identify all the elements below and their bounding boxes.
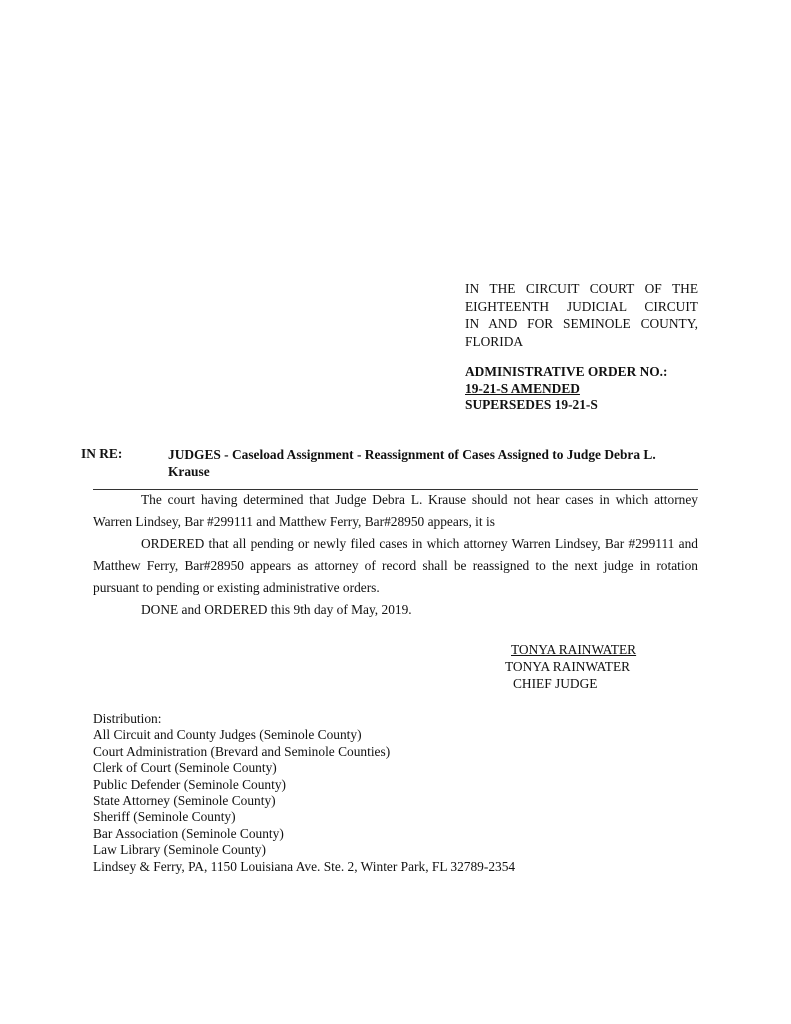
distribution-item: Court Administration (Brevard and Semino… — [93, 744, 515, 760]
body-paragraph: ORDERED that all pending or newly filed … — [93, 533, 698, 599]
caption-line: IN AND FOR SEMINOLE COUNTY, — [465, 315, 698, 333]
distribution-item: Sheriff (Seminole County) — [93, 809, 515, 825]
signature-block: TONYA RAINWATER TONYA RAINWATER CHIEF JU… — [505, 641, 636, 692]
order-label: ADMINISTRATIVE ORDER NO.: — [465, 364, 705, 381]
printed-name: TONYA RAINWATER — [505, 658, 636, 675]
in-re-subject: JUDGES - Caseload Assignment - Reassignm… — [168, 446, 698, 480]
caption-line: EIGHTEENTH JUDICIAL CIRCUIT — [465, 298, 698, 316]
court-caption: IN THE CIRCUIT COURT OF THE EIGHTEENTH J… — [465, 280, 698, 350]
distribution-item: Clerk of Court (Seminole County) — [93, 760, 515, 776]
distribution-heading: Distribution: — [93, 711, 515, 727]
order-body: The court having determined that Judge D… — [93, 489, 698, 621]
distribution-item: All Circuit and County Judges (Seminole … — [93, 727, 515, 743]
caption-line: IN THE CIRCUIT COURT OF THE — [465, 280, 698, 298]
caption-line: FLORIDA — [465, 333, 698, 351]
signer-title: CHIEF JUDGE — [505, 675, 636, 692]
distribution-list: Distribution: All Circuit and County Jud… — [93, 711, 515, 875]
distribution-item: Law Library (Seminole County) — [93, 842, 515, 858]
signature-line: TONYA RAINWATER — [505, 641, 636, 658]
distribution-item: State Attorney (Seminole County) — [93, 793, 515, 809]
distribution-item: Lindsey & Ferry, PA, 1150 Louisiana Ave.… — [93, 859, 515, 875]
distribution-item: Bar Association (Seminole County) — [93, 826, 515, 842]
order-number: 19-21-S AMENDED — [465, 381, 705, 398]
distribution-item: Public Defender (Seminole County) — [93, 777, 515, 793]
order-number-block: ADMINISTRATIVE ORDER NO.: 19-21-S AMENDE… — [465, 364, 705, 414]
body-paragraph: DONE and ORDERED this 9th day of May, 20… — [93, 599, 698, 621]
order-supersedes: SUPERSEDES 19-21-S — [465, 397, 705, 414]
in-re-label: IN RE: — [81, 446, 122, 462]
body-paragraph: The court having determined that Judge D… — [93, 489, 698, 533]
